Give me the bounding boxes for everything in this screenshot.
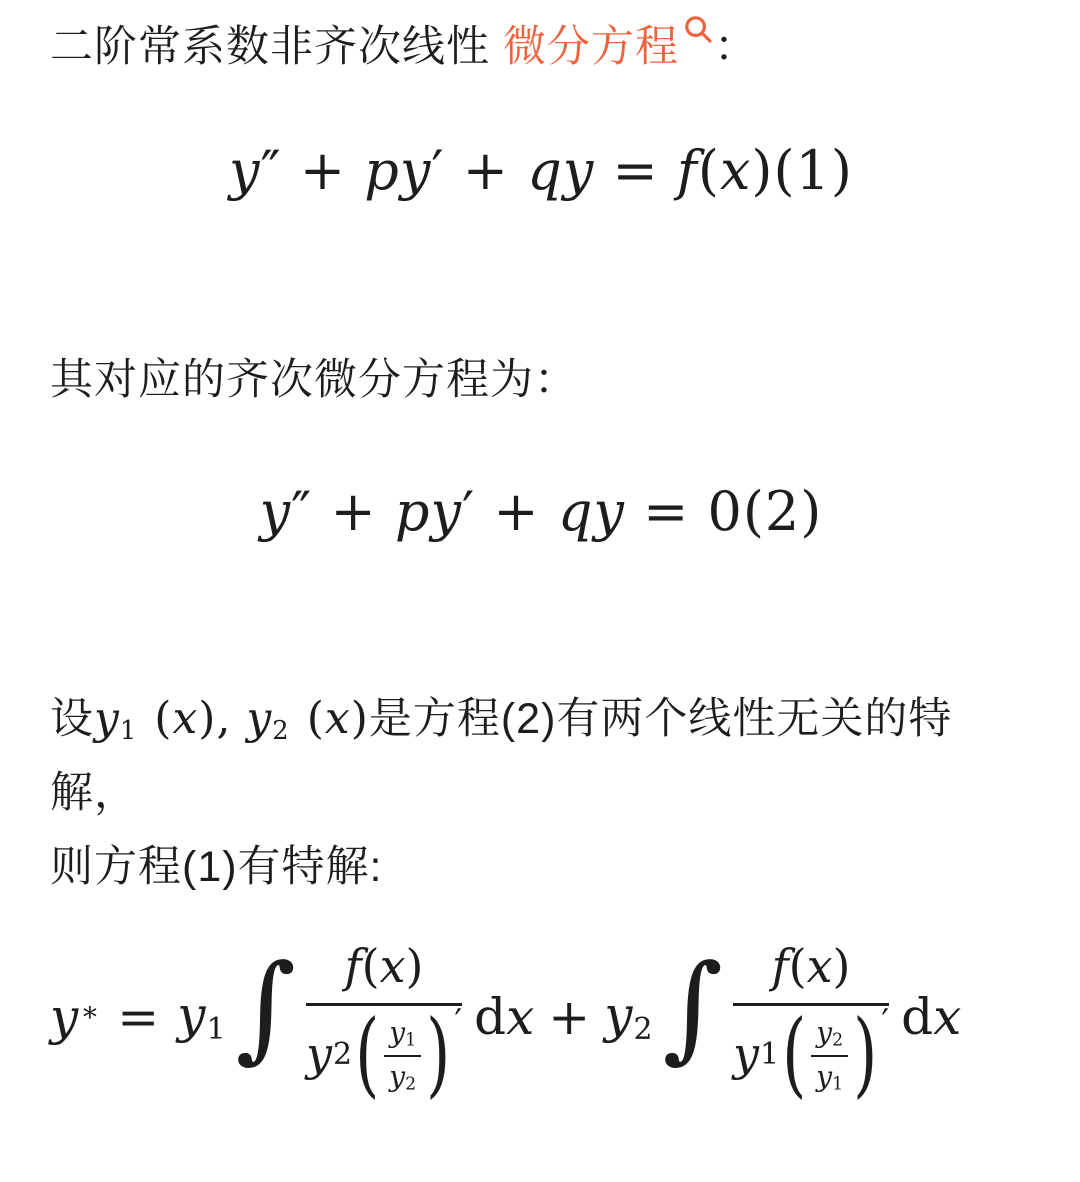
fraction-2-numerator: f(x) <box>733 939 889 1006</box>
right-paren: ) <box>426 1008 450 1101</box>
setup-paragraph: 设y1 (x), y2 (x)是方程(2)有两个线性无关的特解， 则方程(1)有… <box>50 681 1032 905</box>
intro-paragraph: 二阶常系数非齐次线性 微分方程： <box>50 16 1032 78</box>
integral-sign: ∫ <box>663 959 723 1058</box>
inner-fraction-2-denominator: y1 <box>816 1057 843 1094</box>
inner-fraction-2-numerator: y2 <box>811 1016 848 1056</box>
setup-line-1: 设y1 (x), y2 (x)是方程(2)有两个线性无关的特解， <box>50 695 952 817</box>
left-paren: ( <box>355 1008 379 1101</box>
equation-particular: y∗ = y1 ∫ f(x) y2 ( y1 y2 ) ′ dx + y2 ∫ … <box>50 939 1032 1094</box>
equation-1: y″ + py′ + qy = f(x)(1) <box>50 132 1032 210</box>
fraction-1: f(x) y2 ( y1 y2 ) ′ <box>306 939 462 1094</box>
eq3-coefficient-2: y2 <box>604 986 652 1048</box>
setup-line-2: 则方程(1)有特解: <box>50 843 383 891</box>
differential-2: dx <box>901 988 961 1046</box>
inner-fraction-2: y2 y1 <box>811 1016 848 1094</box>
term-link[interactable]: 微分方程 <box>503 23 714 71</box>
fraction-1-numerator: f(x) <box>306 939 462 1006</box>
search-icon <box>682 0 714 62</box>
inner-fraction-1-denominator: y2 <box>389 1057 416 1094</box>
prime-mark: ′ <box>454 1002 462 1042</box>
prime-mark: ′ <box>881 1002 889 1042</box>
eq3-lhs: y∗ <box>50 988 99 1046</box>
homogeneous-paragraph: 其对应的齐次微分方程为： <box>50 349 1032 411</box>
inner-fraction-1-numerator: y1 <box>384 1016 421 1056</box>
plus-sign: + <box>548 988 590 1046</box>
intro-text: 二阶常系数非齐次线性 <box>50 23 490 71</box>
integral-sign: ∫ <box>236 959 296 1058</box>
fraction-1-denominator: y2 ( y1 y2 ) ′ <box>306 1006 462 1094</box>
differential-1: dx <box>474 988 534 1046</box>
fraction-2-denominator: y1 ( y2 y1 ) ′ <box>733 1006 889 1094</box>
eq3-coefficient-1: y1 <box>177 986 225 1048</box>
term-link-label: 微分方程 <box>503 23 679 71</box>
fraction-2: f(x) y1 ( y2 y1 ) ′ <box>733 939 889 1094</box>
asterisk-superscript: ∗ <box>80 995 99 1028</box>
intro-colon: ： <box>714 23 758 71</box>
equation-2: y″ + py′ + qy = 0(2) <box>50 473 1032 551</box>
article-page: 二阶常系数非齐次线性 微分方程： y″ + py′ + qy = f(x)(1)… <box>0 0 1080 1182</box>
inner-fraction-1: y1 y2 <box>384 1016 421 1094</box>
equals-sign: = <box>117 988 159 1046</box>
left-paren: ( <box>782 1008 806 1101</box>
right-paren: ) <box>853 1008 877 1101</box>
